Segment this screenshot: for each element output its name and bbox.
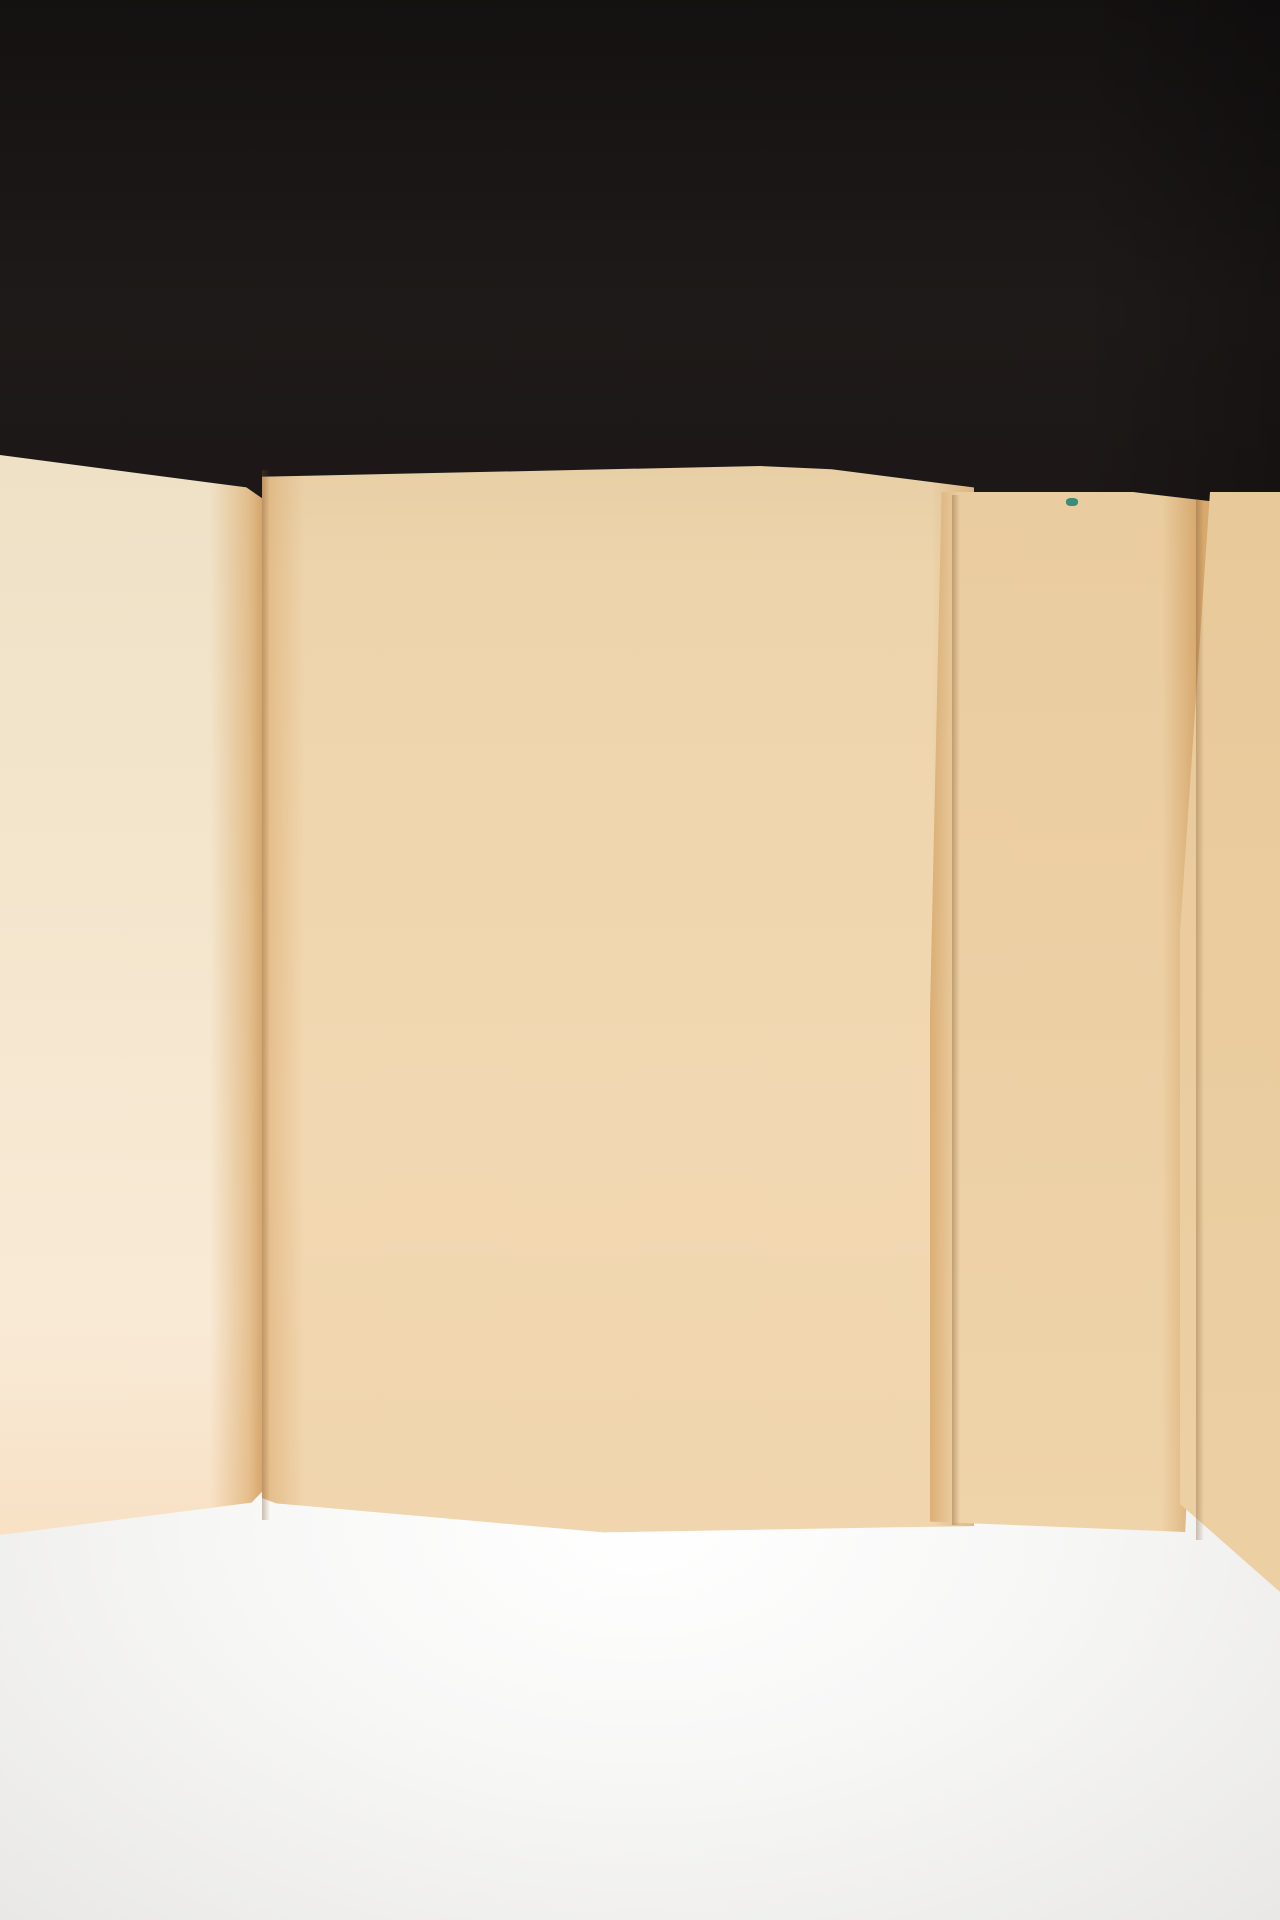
fold-crease-spine <box>952 495 960 1525</box>
dust-jacket-spine <box>930 492 1220 1532</box>
backdrop-shadow <box>1080 0 1280 560</box>
green-fleck <box>1066 498 1078 506</box>
fold-crease-right <box>1196 500 1204 1540</box>
dust-jacket-left-flap <box>0 455 262 1535</box>
dust-jacket-front-panel <box>262 466 974 1541</box>
white-surface <box>0 1480 1280 1920</box>
fold-crease-left <box>262 470 270 1520</box>
